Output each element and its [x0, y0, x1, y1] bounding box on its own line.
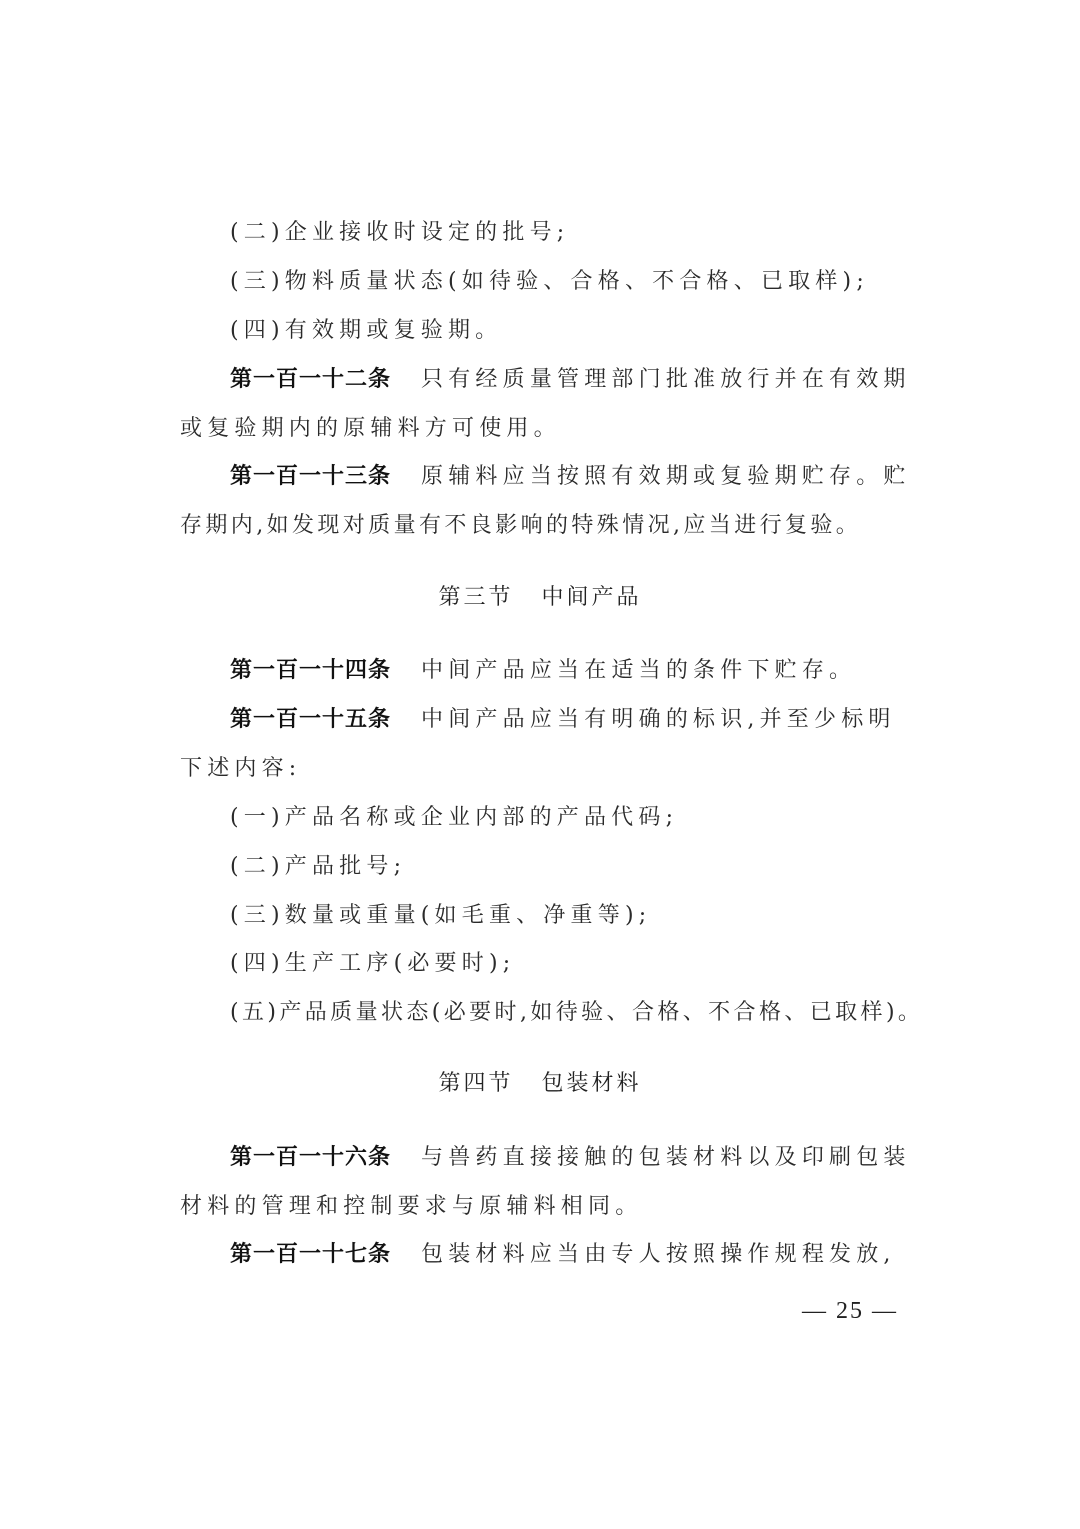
article-113-line2: 存期内,如发现对质量有不良影响的特殊情况,应当进行复验。 — [180, 511, 861, 541]
article-117-line1: 第一百一十七条包装材料应当由专人按照操作规程发放, — [230, 1240, 896, 1270]
article-112-line1: 第一百一十二条只有经质量管理部门批准放行并在有效期 — [230, 365, 911, 395]
article-title: 第一百一十三条 — [230, 464, 391, 489]
section-number: 第四节 — [438, 1071, 513, 1096]
section-number: 第三节 — [438, 585, 513, 610]
article-title: 第一百一十四条 — [230, 658, 391, 683]
list-item: (二)企业接收时设定的批号; — [230, 218, 569, 248]
document-page: (二)企业接收时设定的批号; (三)物料质量状态(如待验、合格、不合格、已取样)… — [0, 0, 1080, 1529]
article-text: 只有经质量管理部门批准放行并在有效期 — [421, 367, 911, 392]
section-name: 中间产品 — [542, 585, 642, 610]
section-heading-3: 第三节中间产品 — [0, 583, 1080, 613]
article-116-line1: 第一百一十六条与兽药直接接触的包装材料以及印刷包装 — [230, 1143, 911, 1173]
article-112-line2: 或复验期内的原辅料方可使用。 — [180, 414, 561, 444]
article-text: 与兽药直接接触的包装材料以及印刷包装 — [421, 1145, 911, 1170]
list-item: (三)物料质量状态(如待验、合格、不合格、已取样); — [230, 267, 869, 297]
article-title: 第一百一十五条 — [230, 707, 391, 732]
list-item: (一)产品名称或企业内部的产品代码; — [230, 803, 678, 833]
article-text: 中间产品应当在适当的条件下贮存。 — [421, 658, 856, 683]
list-item: (二)产品批号; — [230, 852, 406, 882]
article-115-line1: 第一百一十五条中间产品应当有明确的标识,并至少标明 — [230, 705, 896, 735]
section-name: 包装材料 — [542, 1071, 642, 1096]
article-text: 原辅料应当按照有效期或复验期贮存。贮 — [421, 464, 911, 489]
article-title: 第一百一十七条 — [230, 1242, 391, 1267]
article-114-line1: 第一百一十四条中间产品应当在适当的条件下贮存。 — [230, 656, 856, 686]
list-item: (三)数量或重量(如毛重、净重等); — [230, 901, 651, 931]
list-item: (四)有效期或复验期。 — [230, 316, 502, 346]
list-item: (五)产品质量状态(必要时,如待验、合格、不合格、已取样)。 — [230, 998, 923, 1028]
article-113-line1: 第一百一十三条原辅料应当按照有效期或复验期贮存。贮 — [230, 462, 911, 492]
section-heading-4: 第四节包装材料 — [0, 1069, 1080, 1099]
article-title: 第一百一十二条 — [230, 367, 391, 392]
list-item: (四)生产工序(必要时); — [230, 949, 515, 979]
article-text: 包装材料应当由专人按照操作规程发放, — [421, 1242, 896, 1267]
article-115-line2: 下述内容: — [180, 754, 301, 784]
page-number: — 25 — — [802, 1296, 898, 1326]
article-116-line2: 材料的管理和控制要求与原辅料相同。 — [180, 1192, 642, 1222]
article-title: 第一百一十六条 — [230, 1145, 391, 1170]
article-text: 中间产品应当有明确的标识,并至少标明 — [421, 707, 896, 732]
